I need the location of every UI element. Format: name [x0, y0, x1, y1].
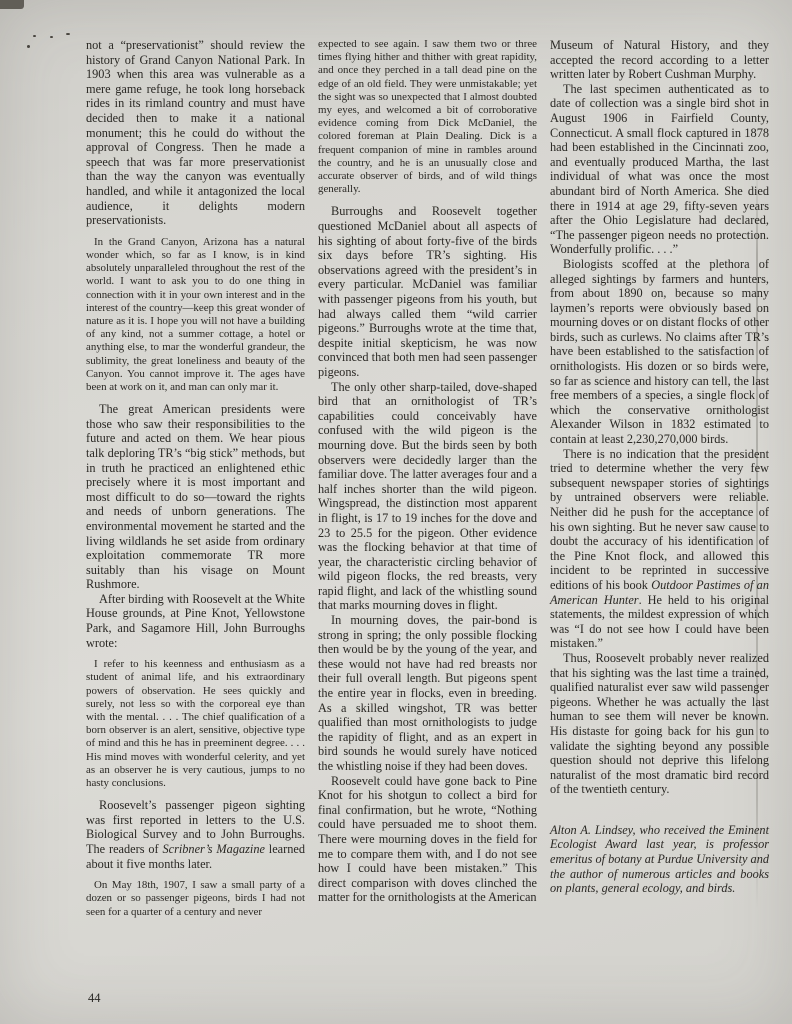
scan-speck — [27, 45, 30, 48]
paragraph-grand-canyon: not a “preservationist” should review th… — [86, 38, 305, 228]
paragraph-museum-continued: Museum of Natural History, and they acce… — [550, 38, 769, 82]
paragraph-presidents: The great American presidents were those… — [86, 402, 305, 592]
scanned-magazine-page: not a “preservationist” should review th… — [0, 0, 792, 1024]
paragraph-shotgun: Roosevelt could have gone back to Pine K… — [318, 774, 537, 905]
paragraph-sighting-reported: Roosevelt’s passenger pigeon sighting wa… — [86, 798, 305, 871]
block-quote-may-1907-continued: expected to see again. I saw them two or… — [318, 38, 537, 196]
article-columns: not a “preservationist” should review th… — [86, 38, 769, 927]
block-quote-may-1907: On May 18th, 1907, I saw a small party o… — [86, 879, 305, 919]
paragraph-mcdaniel: Burroughs and Roosevelt together questio… — [318, 204, 537, 379]
paragraph-conclusion: Thus, Roosevelt probably never realized … — [550, 651, 769, 797]
scan-corner-mark — [0, 0, 24, 9]
paragraph-pair-bond: In mourning doves, the pair-bond is stro… — [318, 613, 537, 774]
paragraph-text: There is no indication that the presiden… — [550, 447, 769, 592]
paragraph-after-birding: After birding with Roosevelt at the Whit… — [86, 592, 305, 650]
block-quote-burroughs: I refer to his keenness and enthusiasm a… — [86, 658, 305, 790]
page-number: 44 — [88, 991, 101, 1006]
column-2: expected to see again. I saw them two or… — [318, 38, 537, 927]
column-1: not a “preservationist” should review th… — [86, 38, 305, 927]
block-quote-grand-canyon: In the Grand Canyon, Arizona has a natur… — [86, 236, 305, 394]
column-3: Museum of Natural History, and they acce… — [550, 38, 769, 927]
paragraph-mourning-dove: The only other sharp-tailed, dove-shaped… — [318, 380, 537, 614]
paragraph-biologists: Biologists scoffed at the plethora of al… — [550, 257, 769, 447]
magazine-title: Scribner’s Magazine — [162, 842, 264, 856]
scan-speck — [33, 35, 36, 37]
scan-speck — [66, 33, 70, 35]
paragraph-no-indication: There is no indication that the presiden… — [550, 447, 769, 651]
author-bio: Alton A. Lindsey, who received the Emine… — [550, 823, 769, 896]
scan-speck — [50, 36, 53, 38]
paragraph-last-specimen: The last specimen authenticated as to da… — [550, 82, 769, 257]
